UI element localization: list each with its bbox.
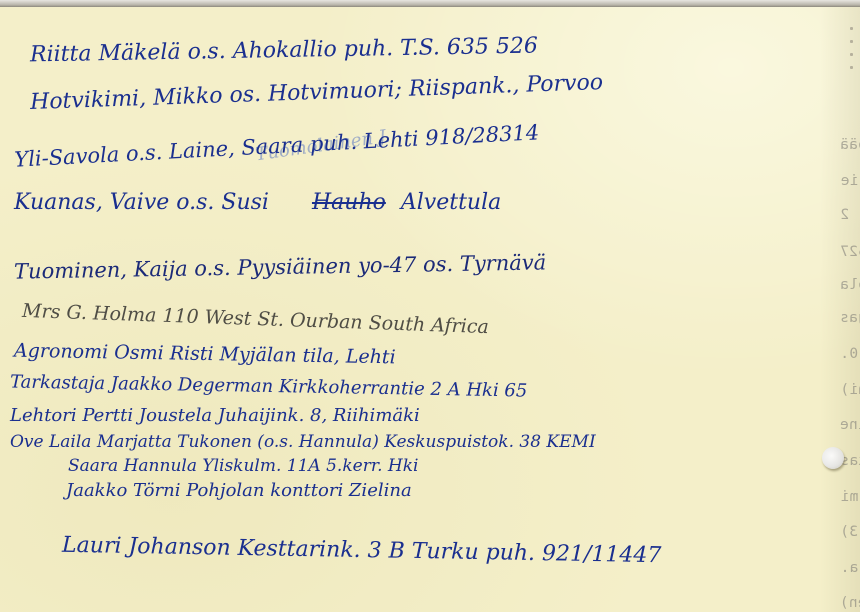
handwritten-line-11: Saara Hannula Yliskulm. 11A 5.kerr. Hki [68,456,418,476]
handwritten-line-10: Ove Laila Marjatta Tukonen (o.s. Hannula… [10,432,596,452]
handwritten-line-12: Jaakko Törni Pohjolan konttori Zielina [66,480,412,501]
punch-hole [822,447,844,469]
bleed-line: Heinonen, Annikki, Järvenpää [840,137,860,153]
bleed-line: (Peurano) Anna Wikqvist, Tuusula,Sakas [840,453,860,469]
staple-marks [850,27,854,79]
handwritten-line-5: Tuominen, Kaija o.s. Pyysiäinen yo-47 os… [14,250,547,283]
bleed-line: (Kitunen) Marja, Taimela; Sturonpää, 2 [840,207,860,223]
bleed-line: (Kitunen) Elina Lehtonen, sak. min. kand… [840,244,860,260]
handwritten-line-1: Riitta Mäkelä o.s. Ahokallio puh. T.S. 6… [30,34,538,68]
handwritten-line-4: Kuanas, Vaive o.s. Susi Hauho Alvettula [14,190,501,215]
handwritten-line-6-pencil: Mrs G. Holma 110 West St. Ourban South A… [22,300,489,338]
bleed-line: Järvi, Leena, Saari, Tapiola [840,277,860,293]
bleed-line: (Kautiainen) Annikki Seijala,emäntä,Onko… [840,560,860,576]
bleed-line: (Laitinen) Kerttu Elomaa ,Riihimäki (tar… [840,595,860,611]
handwritten-line-9: Lehtori Pertti Joustela Juhaijink. 8, Ri… [10,405,420,426]
handwritten-line-2: Hotvikimi, Mikko os. Hotvimuori; Riispan… [30,70,604,115]
bleed-line: (Järvi) Annikki (W.)ikangas [840,310,860,326]
bleed-line: Eestilä, Kalevi, piirimetsänhoitaja, Iis… [840,489,860,505]
handwritten-line-3: Yli-Savola o.s. Laine, Saara puh. Lehti … [14,120,540,171]
handwritten-name: Kuanas, Vaive o.s. Susi [14,190,269,215]
bleed-line: (Suominen) Pertti Voimakanta(Ahoniemi) [840,382,860,398]
handwritten-line-13: Lauri Johanson Kesttarink. 3 B Turku puh… [62,533,662,568]
bleed-line: (Louhe ) Hely Peltola kans.op. Turku Ann… [840,417,860,433]
paper-sheet: Heinonen, Annikki, Järvenpää (Heinonen)I… [0,7,860,612]
bleed-line: (Suominen) Sinikka Kyrö (Laine) 0. [840,346,860,362]
bleed-line: Tähtelä,Keijo ,Museok. 34 B. (3) [840,524,860,540]
handwritten-line-7: Agronomi Osmi Risti Myjälan tila, Lehti [14,340,396,369]
bleed-line: (Heinonen)Irja Ahjolanpolku, Järvenpää,Y… [840,173,860,189]
struck-out-word: Hauho [312,190,386,215]
handwritten-line-8: Tarkastaja Jaakko Degerman Kirkkoherrant… [10,371,528,401]
scan-top-edge [0,0,860,7]
correction-word: Alvettula [401,190,501,215]
